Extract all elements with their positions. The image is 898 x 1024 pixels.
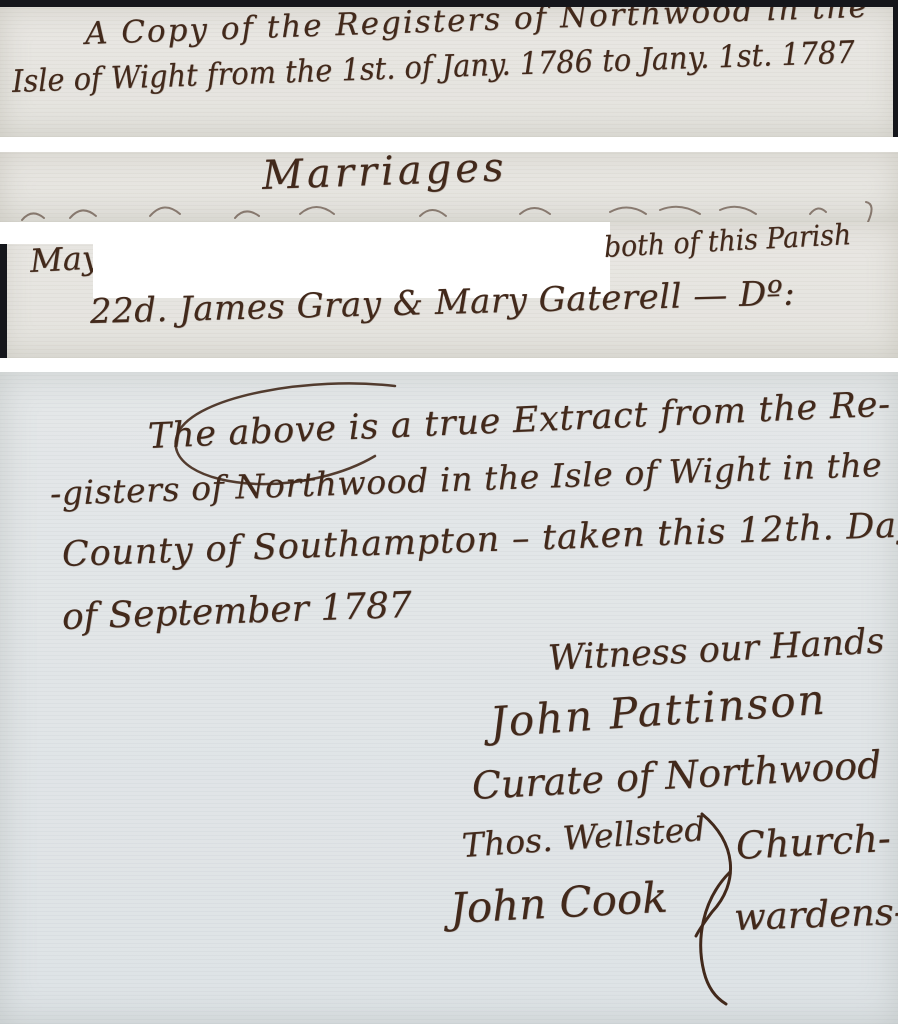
scan-edge-left xyxy=(0,244,7,358)
scan-edge-top xyxy=(0,0,898,7)
curate-signature: John Pattinson xyxy=(488,677,828,747)
curate-title: Curate of Northwood xyxy=(471,745,883,808)
witness-line: Witness our Hands xyxy=(547,622,885,678)
title-strip: A Copy of the Registers of Northwood in … xyxy=(0,7,898,137)
cutoff-text-fragments xyxy=(0,200,898,222)
marriages-heading: Marriages xyxy=(261,152,508,198)
entry-month-label: May xyxy=(29,240,101,279)
register-extract-scan: A Copy of the Registers of Northwood in … xyxy=(0,0,898,1024)
wardens-label-line1: Church- xyxy=(735,818,892,868)
marriages-strip: Marriages xyxy=(0,152,898,222)
warden1-signature: Thos. Wellsted xyxy=(461,811,707,864)
warden2-signature: John Cook xyxy=(449,875,669,933)
bracket-stroke-warden2 xyxy=(690,868,740,1008)
entries-strip: May both of this Parish 22d. James Gray … xyxy=(0,222,898,358)
attestation-strip: The above is a true Extract from the Re-… xyxy=(0,372,898,1024)
attestation-line-4: of September 1787 xyxy=(61,586,412,638)
scan-edge-right xyxy=(893,7,898,137)
entry1-fragment: both of this Parish xyxy=(603,222,852,264)
wardens-label-line2: wardens- xyxy=(733,892,898,939)
attestation-line-3: County of Southampton – taken this 12th.… xyxy=(61,506,898,574)
